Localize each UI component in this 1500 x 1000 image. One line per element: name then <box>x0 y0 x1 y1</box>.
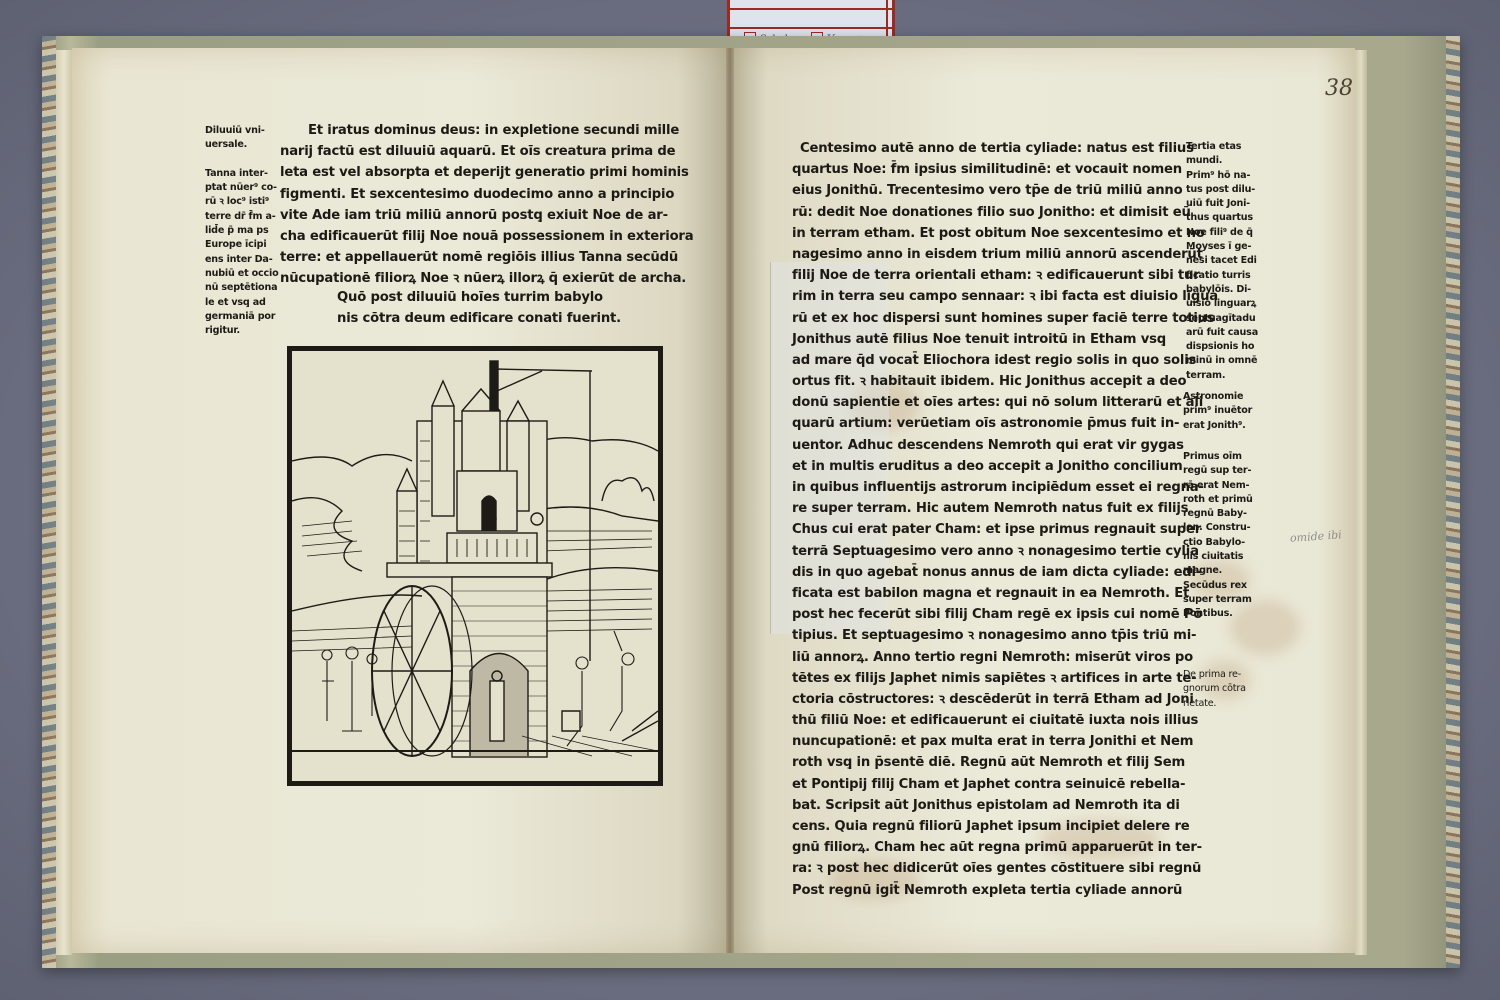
marginal-line: minū in omnē <box>1186 354 1258 368</box>
marginal-line: nubiū et occio <box>205 267 278 281</box>
text-line: Chus cui erat pater Cham: et ipse primus… <box>792 519 1172 540</box>
slip-rule <box>730 0 892 10</box>
slip-rule <box>730 10 892 29</box>
text-line: rū et ex hoc dispersi sunt homines super… <box>792 308 1172 329</box>
marginal-line: Primus oīm <box>1183 450 1253 464</box>
text-line: ctoria cōstructores: ꝛ descēderūt in ter… <box>792 689 1172 710</box>
heading-line: nis cōtra deum edificare conati fuerint. <box>337 308 621 329</box>
folio-number: 38 <box>1325 76 1353 101</box>
marginal-line <box>205 153 278 167</box>
marginal-line: germaniā por <box>205 310 278 324</box>
text-line: in quibus influentijs astrorum incipiēdu… <box>792 477 1172 498</box>
marbled-board-left <box>42 36 56 968</box>
text-line: gnū filiorꝝ. Cham hec aūt regna primū ap… <box>792 837 1172 858</box>
marginal-line: roth et primū <box>1183 493 1253 507</box>
text-line: Post regnū igit̄ Nemroth expleta tertia … <box>792 880 1172 901</box>
marginal-line: arū fuit causa <box>1186 326 1258 340</box>
text-line: ficata est babilon magna et regnauit in … <box>792 583 1172 604</box>
text-line: roth vsq̧ in p̄sentē diē. Regnū aūt Nemr… <box>792 752 1172 773</box>
text-line: in terram etham. Et post obitum Noe sexc… <box>792 223 1172 244</box>
woodcut-illustration-icon <box>292 351 658 781</box>
heading-line: Quō post diluuiū hoīes turrim babylo <box>337 287 621 308</box>
marginal-line: De prima re- <box>1183 668 1246 682</box>
marginal-line: Tertia etas <box>1186 140 1258 154</box>
marginal-line: regū sup ter- <box>1183 464 1253 478</box>
marginal-line: le et vsq̧ ad <box>205 296 278 310</box>
marginal-line: ctio Babylo- <box>1183 536 1253 550</box>
text-line: tētes ex filijs Japhet nimis sapiētes ꝛ … <box>792 668 1172 689</box>
marginal-line: Noe fili⁹ de q̄ <box>1186 226 1258 240</box>
text-line: cha edificauerūt filij Noe nouā possessi… <box>280 226 660 247</box>
marginal-line: Europe īcipi <box>205 238 278 252</box>
text-line: terre: et appellauerūt nomē regiōis illi… <box>280 247 660 268</box>
marginal-line: nis ciuitatis <box>1183 550 1253 564</box>
marginal-line: rietate. <box>1183 697 1246 711</box>
text-line: donū sapientie et oīes artes: qui nō sol… <box>792 392 1172 413</box>
marginal-line: Prim⁹ hō na- <box>1186 169 1258 183</box>
text-line: Centesimo autē anno de tertia cyliade: n… <box>792 138 1172 159</box>
marginal-line: terram. <box>1186 369 1258 383</box>
text-line: uentor. Adhuc descendens Nemroth qui era… <box>792 435 1172 456</box>
marginal-line: erat Jonith⁹. <box>1183 419 1252 433</box>
left-main-text: Et iratus dominus deus: in expletione se… <box>280 120 660 290</box>
text-line: thū filiū Noe: et edificauerunt ei ciuit… <box>792 710 1172 731</box>
right-marginalia-block-3: Primus oīm regū sup ter- rā erat Nem- ro… <box>1183 450 1253 622</box>
marginal-line: super terram <box>1183 593 1253 607</box>
right-main-text: Centesimo autē anno de tertia cyliade: n… <box>792 138 1172 901</box>
marginal-line: nū septētiona <box>205 281 278 295</box>
page-edges-right <box>1355 50 1367 955</box>
right-marginalia-block-1: Tertia etas mundi. Prim⁹ hō na- tus post… <box>1186 140 1258 383</box>
woodcut-tower-of-babel <box>287 346 663 786</box>
marginal-line: magne. <box>1183 564 1253 578</box>
text-line: ad mare q̄d vocat̄ Eliochora idest regio… <box>792 350 1172 371</box>
left-marginalia: Diluuiū vni- uersale. Tanna inter- ptat … <box>205 124 278 338</box>
marginal-line: rigitur. <box>205 324 278 338</box>
text-line: et in multis eruditus a deo accepit a Jo… <box>792 456 1172 477</box>
marginal-line: lon. Constru- <box>1183 521 1253 535</box>
marginal-line: ficatio turris <box>1186 269 1258 283</box>
marginal-line: Tanna inter- <box>205 167 278 181</box>
text-line: rū: dedit Noe donationes filio suo Jonit… <box>792 202 1172 223</box>
text-line: tipius. Et septuagesimo ꝛ nonagesimo ann… <box>792 625 1172 646</box>
marginal-line: Astronomie <box>1183 390 1252 404</box>
text-line: quartus Noe: f̄m ipsius similitudinē: et… <box>792 159 1172 180</box>
text-line: vite Ade iam triū miliū annorū postq̧ ex… <box>280 205 660 226</box>
marginal-line: septuagītadu <box>1186 312 1258 326</box>
text-line: filij Noe de terra orientali etham: ꝛ ed… <box>792 265 1172 286</box>
marbled-board-right <box>1446 36 1460 968</box>
right-marginalia-block-4: De prima re- gnorum cōtra rietate. <box>1183 668 1246 711</box>
marginal-line: rā erat Nem- <box>1183 479 1253 493</box>
text-line: bat. Scripsit aūt Jonithus epistolam ad … <box>792 795 1172 816</box>
marginal-line: ens inter Da- <box>205 253 278 267</box>
marginal-line: babylōis. Di- <box>1186 283 1258 297</box>
marginal-line: Moyses ī ge- <box>1186 240 1258 254</box>
marginal-line: prim⁹ inuētor <box>1183 404 1252 418</box>
text-line: rim in terra seu campo sennaar: ꝛ ibi fa… <box>792 286 1172 307</box>
text-line: leta est vel absorpta et deperijt genera… <box>280 162 660 183</box>
marginal-line: Pontibus. <box>1183 607 1253 621</box>
text-line: et Pontipij filij Cham et Japhet contra … <box>792 774 1172 795</box>
gutter <box>726 48 734 953</box>
text-line: ortus fit. ꝛ habitauit ibidem. Hic Jonit… <box>792 371 1172 392</box>
text-line: liū annorꝝ. Anno tertio regni Nemroth: m… <box>792 647 1172 668</box>
text-line: figmenti. Et sexcentesimo duodecimo anno… <box>280 184 660 205</box>
text-line: narij factū est diluuiū aquarū. Et oīs c… <box>280 141 660 162</box>
text-line: post hec fecerūt sibi filij Cham regē ex… <box>792 604 1172 625</box>
text-line: quarū artium: verūetiam oīs astronomie p… <box>792 413 1172 434</box>
marginal-line: uersale. <box>205 138 278 152</box>
marginal-line: uisio linguarꝝ <box>1186 297 1258 311</box>
marginal-line: lid̄e p̄ ma ps <box>205 224 278 238</box>
marginal-line: Secūdus rex <box>1183 579 1253 593</box>
marginal-line: regnū Baby- <box>1183 507 1253 521</box>
marginal-line: gnorum cōtra <box>1183 682 1246 696</box>
right-marginalia-block-2: Astronomie prim⁹ inuētor erat Jonith⁹. <box>1183 390 1252 433</box>
marginal-line: mundi. <box>1186 154 1258 168</box>
text-line: nuncupationē: et pax multa erat in terra… <box>792 731 1172 752</box>
marginal-line: dispsionis ho <box>1186 340 1258 354</box>
text-line: eius Jonithū. Trecentesimo vero tp̄e de … <box>792 180 1172 201</box>
marginal-line: rū ꝛ loc⁹ isti⁹ <box>205 195 278 209</box>
text-line: dis in quo agebat̄ nonus annus de iam di… <box>792 562 1172 583</box>
text-line: re super terram. Hic autem Nemroth natus… <box>792 498 1172 519</box>
text-line: Jonithus autē filius Noe tenuit introitū… <box>792 329 1172 350</box>
marginal-line: terre dr̄ f̄m a- <box>205 210 278 224</box>
marginal-line: thus quartus <box>1186 211 1258 225</box>
marginal-line: nesi tacet Edi <box>1186 254 1258 268</box>
text-line: ra: ꝛ post hec didicerūt oīes gentes cōs… <box>792 858 1172 879</box>
text-line: cens. Quia regnū filiorū Japhet ipsum in… <box>792 816 1172 837</box>
chapter-heading: Quō post diluuiū hoīes turrim babylo nis… <box>337 287 621 329</box>
text-line: nagesimo anno in eisdem trium miliū anno… <box>792 244 1172 265</box>
text-line: Et iratus dominus deus: in expletione se… <box>280 120 660 141</box>
marginal-line: ptat nūer⁹ co- <box>205 181 278 195</box>
text-line: terrā Septuagesimo vero anno ꝛ nonagesim… <box>792 541 1172 562</box>
page-edges-left <box>56 50 72 955</box>
marginal-line: uiū fuit Joni- <box>1186 197 1258 211</box>
marginal-line: tus post dilu- <box>1186 183 1258 197</box>
marginal-line: Diluuiū vni- <box>205 124 278 138</box>
